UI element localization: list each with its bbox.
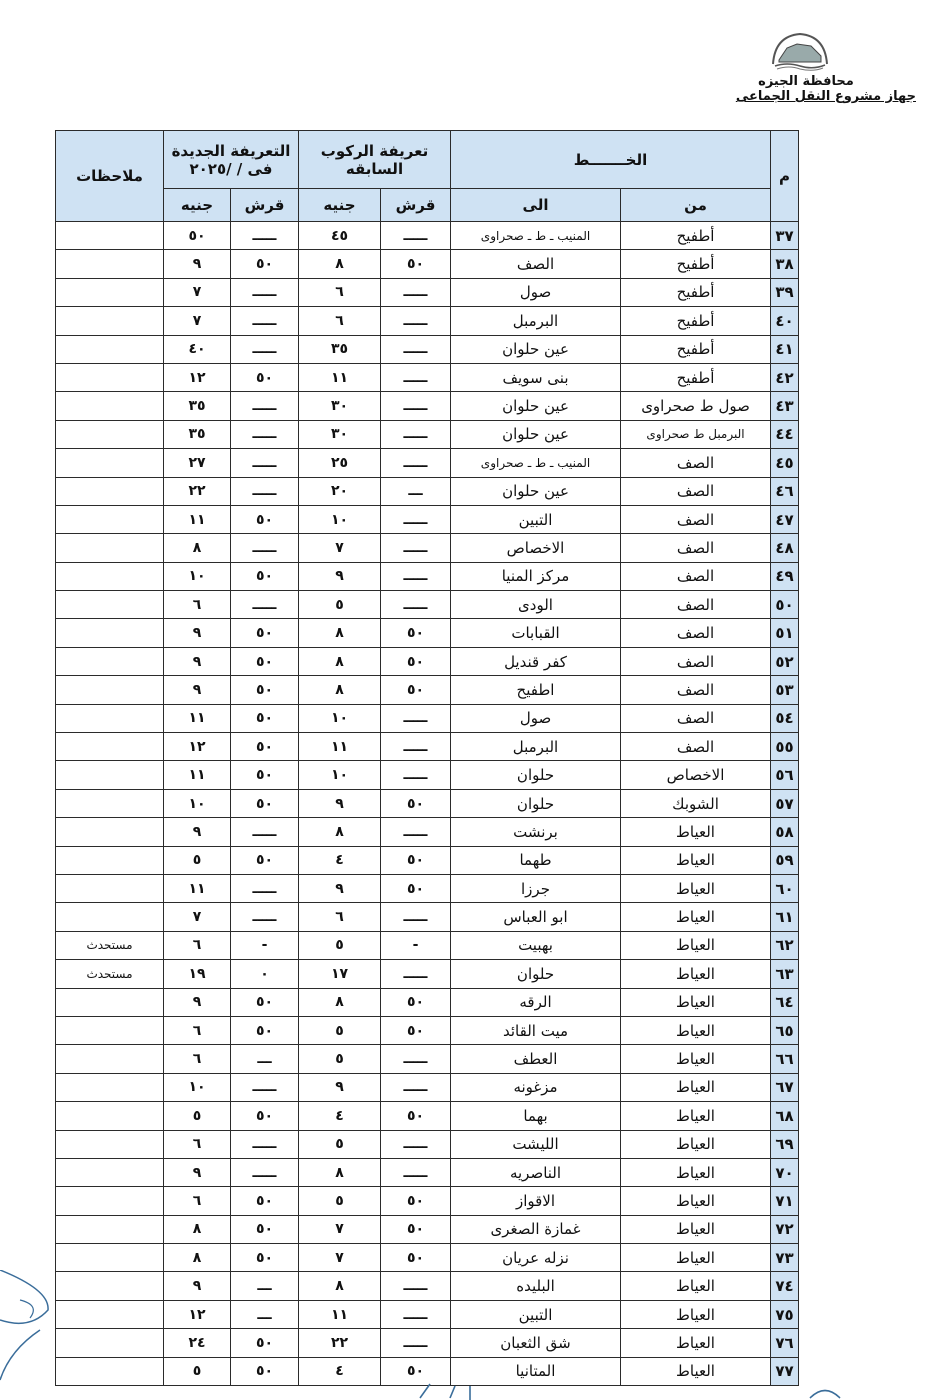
row-number: ٦٤	[771, 988, 799, 1016]
row-number: ٥١	[771, 619, 799, 647]
new-fare-pound: ٩	[164, 619, 231, 647]
old-fare-pound: ٩	[299, 874, 381, 902]
old-fare-pound: ٣٠	[299, 392, 381, 420]
to-station: الاخصاص	[451, 534, 621, 562]
row-number: ٤٤	[771, 420, 799, 448]
old-fare-pound: ١٧	[299, 960, 381, 988]
old-fare-piaster: -	[381, 931, 451, 959]
old-fare-pound: ١٠	[299, 761, 381, 789]
to-station: غمازة الصغرى	[451, 1215, 621, 1243]
old-fare-pound: ١١	[299, 1300, 381, 1328]
row-number: ٦٧	[771, 1073, 799, 1101]
old-fare-pound: ٣٥	[299, 335, 381, 363]
row-number: ٦٠	[771, 874, 799, 902]
new-fare-pound: ٧	[164, 307, 231, 335]
from-station: الاخصاص	[621, 761, 771, 789]
table-row: ٥٩العياططهما٥٠٤٥٠٥	[56, 846, 799, 874]
to-station: التبين	[451, 505, 621, 533]
row-number: ٥٤	[771, 704, 799, 732]
row-number: ٦٢	[771, 931, 799, 959]
old-fare-pound: ٨	[299, 250, 381, 278]
row-number: ٤٠	[771, 307, 799, 335]
to-station: بهما	[451, 1102, 621, 1130]
to-station: الليشت	[451, 1130, 621, 1158]
new-fare-piaster: ـــ	[231, 1300, 299, 1328]
from-station: أطفيح	[621, 363, 771, 391]
from-station: العياط	[621, 960, 771, 988]
table-row: ٧٠العياطالناصريهـــــ٨ـــــ٩	[56, 1158, 799, 1186]
row-note	[56, 1272, 164, 1300]
handwritten-signature	[0, 1270, 60, 1400]
table-row: ٤٨الصفالاخصاصـــــ٧ـــــ٨	[56, 534, 799, 562]
new-fare-pound: ١٠	[164, 562, 231, 590]
old-fare-pound: ٨	[299, 619, 381, 647]
to-station: الصف	[451, 250, 621, 278]
new-fare-pound: ١١	[164, 505, 231, 533]
row-number: ٦٩	[771, 1130, 799, 1158]
row-number: ٥٥	[771, 733, 799, 761]
old-fare-piaster: ـــــ	[381, 591, 451, 619]
row-note	[56, 1045, 164, 1073]
new-fare-piaster: ـــــ	[231, 1073, 299, 1101]
to-station: حلوان	[451, 789, 621, 817]
old-fare-piaster: ـــــ	[381, 1300, 451, 1328]
old-fare-piaster: ـــــ	[381, 392, 451, 420]
new-fare-pound: ٤٠	[164, 335, 231, 363]
row-number: ٥٦	[771, 761, 799, 789]
old-fare-piaster: ٥٠	[381, 619, 451, 647]
new-fare-pound: ٢٢	[164, 477, 231, 505]
to-station: البليده	[451, 1272, 621, 1300]
new-fare-pound: ١٠	[164, 1073, 231, 1101]
old-fare-pound: ٥	[299, 1187, 381, 1215]
row-note	[56, 818, 164, 846]
col-header-notes: ملاحظات	[56, 131, 164, 222]
new-fare-pound: ٩	[164, 988, 231, 1016]
to-station: اطفيح	[451, 676, 621, 704]
new-fare-pound: ٩	[164, 676, 231, 704]
new-fare-piaster: ٥٠	[231, 619, 299, 647]
from-station: العياط	[621, 1215, 771, 1243]
table-row: ٤٢أطفيحبنى سويفـــــ١١٥٠١٢	[56, 363, 799, 391]
to-station: القبابات	[451, 619, 621, 647]
to-station: صول	[451, 278, 621, 306]
from-station: العياط	[621, 988, 771, 1016]
row-number: ٥٨	[771, 818, 799, 846]
new-fare-piaster: ٥٠	[231, 761, 299, 789]
row-number: ٦١	[771, 903, 799, 931]
new-fare-pound: ١٢	[164, 733, 231, 761]
from-station: العياط	[621, 1329, 771, 1357]
row-note	[56, 676, 164, 704]
table-row: ٥١الصفالقبابات٥٠٨٥٠٩	[56, 619, 799, 647]
row-number: ٣٩	[771, 278, 799, 306]
new-fare-piaster: ٥٠	[231, 1102, 299, 1130]
new-fare-piaster: ـــــ	[231, 1130, 299, 1158]
row-note	[56, 534, 164, 562]
table-row: ٥٥الصفالبرمبلـــــ١١٥٠١٢	[56, 733, 799, 761]
new-fare-pound: ٩	[164, 818, 231, 846]
table-row: ٥٦الاخصاصحلوانـــــ١٠٥٠١١	[56, 761, 799, 789]
new-fare-piaster: ـــــ	[231, 335, 299, 363]
old-fare-pound: ٤	[299, 1102, 381, 1130]
row-note	[56, 335, 164, 363]
new-fare-pound: ٧	[164, 903, 231, 931]
from-station: العياط	[621, 1244, 771, 1272]
old-fare-piaster: ٥٠	[381, 988, 451, 1016]
from-station: الصف	[621, 704, 771, 732]
new-fare-piaster: ـــــ	[231, 818, 299, 846]
from-station: الصف	[621, 505, 771, 533]
table-row: ٧٢العياطغمازة الصغرى٥٠٧٥٠٨	[56, 1215, 799, 1243]
new-fare-piaster: ٠	[231, 960, 299, 988]
old-fare-pound: ٦	[299, 278, 381, 306]
row-note	[56, 1215, 164, 1243]
old-fare-piaster: ـــــ	[381, 1158, 451, 1186]
row-note	[56, 874, 164, 902]
row-note	[56, 562, 164, 590]
row-number: ٣٨	[771, 250, 799, 278]
new-fare-piaster: ـــــ	[231, 534, 299, 562]
old-fare-piaster: ـــــ	[381, 420, 451, 448]
new-fare-piaster: ٥٠	[231, 562, 299, 590]
table-row: ٦٣العياطحلوانـــــ١٧٠١٩مستحدث	[56, 960, 799, 988]
old-fare-piaster: ٥٠	[381, 1244, 451, 1272]
table-row: ٤٤البرمبل ط صحراوىعين حلوانـــــ٣٠ـــــ٣…	[56, 420, 799, 448]
from-station: الصف	[621, 619, 771, 647]
col-header-new-pound: جنيه	[164, 189, 231, 222]
new-fare-piaster: ٥٠	[231, 988, 299, 1016]
new-fare-pound: ٥٠	[164, 222, 231, 250]
from-station: العياط	[621, 1300, 771, 1328]
new-fare-piaster: ٥٠	[231, 1016, 299, 1044]
row-number: ٧٠	[771, 1158, 799, 1186]
to-station: المنيب ـ ط ـ صحراوى	[451, 222, 621, 250]
old-fare-pound: ٨	[299, 988, 381, 1016]
table-row: ٤٣صول ط صحراوىعين حلوانـــــ٣٠ـــــ٣٥	[56, 392, 799, 420]
row-number: ٤٩	[771, 562, 799, 590]
row-note	[56, 1300, 164, 1328]
old-fare-piaster: ـــــ	[381, 534, 451, 562]
table-row: ٦٠العياطجرزا٥٠٩ـــــ١١	[56, 874, 799, 902]
table-row: ٤٠أطفيحالبرمبلـــــ٦ـــــ٧	[56, 307, 799, 335]
old-fare-pound: ١٠	[299, 505, 381, 533]
old-fare-pound: ٨	[299, 818, 381, 846]
old-fare-pound: ٥	[299, 591, 381, 619]
from-station: الصف	[621, 477, 771, 505]
to-station: عين حلوان	[451, 477, 621, 505]
old-fare-piaster: ـــــ	[381, 1045, 451, 1073]
new-fare-piaster: ٥٠	[231, 505, 299, 533]
old-fare-pound: ١١	[299, 733, 381, 761]
new-fare-pound: ٥	[164, 1102, 231, 1130]
old-fare-piaster: ـــــ	[381, 222, 451, 250]
new-fare-pound: ٣٥	[164, 392, 231, 420]
new-fare-piaster: ٥٠	[231, 846, 299, 874]
old-fare-piaster: ـــــ	[381, 704, 451, 732]
row-number: ٥٩	[771, 846, 799, 874]
old-fare-piaster: ـــــ	[381, 960, 451, 988]
new-fare-pound: ٨	[164, 534, 231, 562]
new-fare-piaster: ٥٠	[231, 1215, 299, 1243]
row-number: ٤٧	[771, 505, 799, 533]
to-station: الاقواز	[451, 1187, 621, 1215]
to-station: حلوان	[451, 761, 621, 789]
from-station: الصف	[621, 676, 771, 704]
to-station: عين حلوان	[451, 392, 621, 420]
old-fare-pound: ٧	[299, 1244, 381, 1272]
row-note	[56, 789, 164, 817]
new-fare-pound: ٥	[164, 846, 231, 874]
row-number: ٤٨	[771, 534, 799, 562]
row-number: ٧٤	[771, 1272, 799, 1300]
old-fare-piaster: ـــــ	[381, 335, 451, 363]
col-header-number: م	[771, 131, 799, 222]
from-station: صول ط صحراوى	[621, 392, 771, 420]
row-note	[56, 1073, 164, 1101]
old-fare-piaster: ـــــ	[381, 363, 451, 391]
to-station: عين حلوان	[451, 335, 621, 363]
to-station: مزغونه	[451, 1073, 621, 1101]
old-fare-piaster: ـــــ	[381, 505, 451, 533]
new-fare-pound: ٩	[164, 1158, 231, 1186]
old-fare-pound: ٩	[299, 1073, 381, 1101]
to-station: حلوان	[451, 960, 621, 988]
new-fare-pound: ١١	[164, 874, 231, 902]
col-header-old-pound: جنيه	[299, 189, 381, 222]
old-fare-piaster: ٥٠	[381, 1016, 451, 1044]
old-fare-pound: ٩	[299, 562, 381, 590]
from-station: أطفيح	[621, 222, 771, 250]
old-fare-pound: ٥	[299, 1016, 381, 1044]
new-fare-pound: ٦	[164, 1016, 231, 1044]
row-note	[56, 619, 164, 647]
from-station: العياط	[621, 1016, 771, 1044]
to-station: ميت القائد	[451, 1016, 621, 1044]
new-fare-pound: ٩	[164, 647, 231, 675]
from-station: البرمبل ط صحراوى	[621, 420, 771, 448]
row-number: ٤٣	[771, 392, 799, 420]
new-fare-piaster: ـــــ	[231, 420, 299, 448]
from-station: العياط	[621, 1187, 771, 1215]
table-row: ٦٥العياطميت القائد٥٠٥٥٠٦	[56, 1016, 799, 1044]
old-fare-piaster: ـــــ	[381, 1329, 451, 1357]
row-note	[56, 1102, 164, 1130]
to-station: ابو العباس	[451, 903, 621, 931]
new-fare-piaster: ٥٠	[231, 250, 299, 278]
old-fare-piaster: ـــــ	[381, 761, 451, 789]
table-row: ٧٦العياطشق الثعبانـــــ٢٢٥٠٢٤	[56, 1329, 799, 1357]
to-station: نزله عريان	[451, 1244, 621, 1272]
row-number: ٦٦	[771, 1045, 799, 1073]
row-note	[56, 1244, 164, 1272]
row-number: ٧٦	[771, 1329, 799, 1357]
new-fare-piaster: ـــــ	[231, 1158, 299, 1186]
from-station: العياط	[621, 931, 771, 959]
old-fare-piaster: ـــــ	[381, 307, 451, 335]
handwritten-annotation	[120, 1378, 938, 1400]
table-row: ٦٢العياطبهبيت-٥-٦مستحدث	[56, 931, 799, 959]
old-fare-pound: ٢٢	[299, 1329, 381, 1357]
old-fare-pound: ٨	[299, 676, 381, 704]
from-station: أطفيح	[621, 335, 771, 363]
old-fare-pound: ٥	[299, 931, 381, 959]
col-header-old-fare: تعريفة الركوب السابقه	[299, 131, 451, 189]
new-fare-pound: ٣٥	[164, 420, 231, 448]
new-fare-piaster: ـــــ	[231, 477, 299, 505]
old-fare-pound: ٦	[299, 903, 381, 931]
row-note	[56, 505, 164, 533]
from-station: العياط	[621, 1158, 771, 1186]
table-row: ٦٩العياطالليشتـــــ٥ـــــ٦	[56, 1130, 799, 1158]
old-fare-piaster: ـــ	[381, 477, 451, 505]
from-station: العياط	[621, 1073, 771, 1101]
row-note	[56, 846, 164, 874]
old-fare-pound: ٨	[299, 1158, 381, 1186]
old-fare-piaster: ـــــ	[381, 1073, 451, 1101]
new-fare-date: فى / /٢٠٢٥	[164, 160, 298, 178]
from-station: الصف	[621, 591, 771, 619]
to-station: الودى	[451, 591, 621, 619]
row-number: ٧١	[771, 1187, 799, 1215]
new-fare-pound: ٦	[164, 591, 231, 619]
old-fare-piaster: ٥٠	[381, 1102, 451, 1130]
governorate-name: محافظة الجيزه	[716, 74, 896, 89]
new-fare-piaster: ٥٠	[231, 733, 299, 761]
new-fare-pound: ٧	[164, 278, 231, 306]
to-station: التبين	[451, 1300, 621, 1328]
old-fare-pound: ٤	[299, 846, 381, 874]
to-station: برنشت	[451, 818, 621, 846]
old-fare-pound: ١٠	[299, 704, 381, 732]
old-fare-pound: ٧	[299, 534, 381, 562]
to-station: الرقه	[451, 988, 621, 1016]
new-fare-pound: ٦	[164, 1045, 231, 1073]
new-fare-piaster: ـــ	[231, 1045, 299, 1073]
new-fare-piaster: ـــــ	[231, 278, 299, 306]
old-fare-piaster: ٥٠	[381, 647, 451, 675]
table-row: ٥٤الصفصولـــــ١٠٥٠١١	[56, 704, 799, 732]
from-station: أطفيح	[621, 278, 771, 306]
to-station: صول	[451, 704, 621, 732]
row-number: ٥٧	[771, 789, 799, 817]
old-fare-pound: ٤٥	[299, 222, 381, 250]
row-number: ٧٢	[771, 1215, 799, 1243]
new-fare-pound: ١١	[164, 704, 231, 732]
old-fare-pound: ٥	[299, 1130, 381, 1158]
row-note	[56, 591, 164, 619]
to-station: عين حلوان	[451, 420, 621, 448]
table-row: ٦٤العياطالرقه٥٠٨٥٠٩	[56, 988, 799, 1016]
from-station: الصف	[621, 733, 771, 761]
table-row: ٦٦العياطالعطفـــــ٥ـــ٦	[56, 1045, 799, 1073]
from-station: الصف	[621, 562, 771, 590]
row-number: ٣٧	[771, 222, 799, 250]
table-row: ٤٧الصفالتبينـــــ١٠٥٠١١	[56, 505, 799, 533]
to-station: المنيب ـ ط ـ صحراوى	[451, 449, 621, 477]
from-station: الصف	[621, 449, 771, 477]
old-fare-pound: ٣٠	[299, 420, 381, 448]
row-number: ٦٨	[771, 1102, 799, 1130]
row-note	[56, 222, 164, 250]
to-station: طهما	[451, 846, 621, 874]
old-fare-piaster: ٥٠	[381, 789, 451, 817]
new-fare-pound: ٦	[164, 931, 231, 959]
row-number: ٥٣	[771, 676, 799, 704]
old-fare-pound: ٧	[299, 1215, 381, 1243]
col-header-to: الى	[451, 189, 621, 222]
row-note	[56, 988, 164, 1016]
row-number: ٤١	[771, 335, 799, 363]
to-station: كفر قنديل	[451, 647, 621, 675]
new-fare-pound: ٩	[164, 250, 231, 278]
table-row: ٤١أطفيحعين حلوانـــــ٣٥ـــــ٤٠	[56, 335, 799, 363]
row-note: مستحدث	[56, 931, 164, 959]
new-fare-piaster: ـــــ	[231, 903, 299, 931]
row-number: ٦٣	[771, 960, 799, 988]
new-fare-pound: ٨	[164, 1244, 231, 1272]
row-note	[56, 1187, 164, 1215]
from-station: الصف	[621, 647, 771, 675]
row-note	[56, 420, 164, 448]
old-fare-pound: ٥	[299, 1045, 381, 1073]
new-fare-piaster: -	[231, 931, 299, 959]
new-fare-piaster: ٥٠	[231, 1187, 299, 1215]
table-row: ٦١العياطابو العباســـــ٦ـــــ٧	[56, 903, 799, 931]
new-fare-piaster: ٥٠	[231, 363, 299, 391]
row-number: ٤٢	[771, 363, 799, 391]
old-fare-piaster: ـــــ	[381, 1130, 451, 1158]
table-row: ٤٦الصفعين حلوانـــ٢٠ـــــ٢٢	[56, 477, 799, 505]
old-fare-piaster: ٥٠	[381, 846, 451, 874]
row-note	[56, 363, 164, 391]
old-fare-pound: ٨	[299, 1272, 381, 1300]
from-station: العياط	[621, 846, 771, 874]
table-row: ٧٣العياطنزله عريان٥٠٧٥٠٨	[56, 1244, 799, 1272]
new-fare-piaster: ـــــ	[231, 591, 299, 619]
table-row: ٧٥العياطالتبينـــــ١١ـــ١٢	[56, 1300, 799, 1328]
row-number: ٧٣	[771, 1244, 799, 1272]
table-row: ٣٧أطفيحالمنيب ـ ط ـ صحراوىـــــ٤٥ـــــ٥٠	[56, 222, 799, 250]
to-station: جرزا	[451, 874, 621, 902]
row-note	[56, 704, 164, 732]
from-station: العياط	[621, 903, 771, 931]
to-station: بنى سويف	[451, 363, 621, 391]
table-row: ٧١العياطالاقواز٥٠٥٥٠٦	[56, 1187, 799, 1215]
old-fare-pound: ٢٥	[299, 449, 381, 477]
row-number: ٥٢	[771, 647, 799, 675]
fare-table: م الخـــــــط تعريفة الركوب السابقه التع…	[55, 130, 799, 1386]
from-station: أطفيح	[621, 250, 771, 278]
new-fare-piaster: ٥٠	[231, 1329, 299, 1357]
from-station: العياط	[621, 1045, 771, 1073]
agency-name: جهاز مشروع النقل الجماعى	[736, 89, 916, 104]
new-fare-piaster: ٥٠	[231, 704, 299, 732]
row-number: ٧٥	[771, 1300, 799, 1328]
table-row: ٥٧الشوبكحلوان٥٠٩٥٠١٠	[56, 789, 799, 817]
row-number: ٤٦	[771, 477, 799, 505]
row-note	[56, 307, 164, 335]
row-note	[56, 1130, 164, 1158]
row-number: ٦٥	[771, 1016, 799, 1044]
old-fare-piaster: ٥٠	[381, 1215, 451, 1243]
new-fare-piaster: ـــــ	[231, 449, 299, 477]
col-header-old-piaster: قرش	[381, 189, 451, 222]
old-fare-piaster: ٥٠	[381, 676, 451, 704]
new-fare-pound: ٦	[164, 1130, 231, 1158]
row-note	[56, 761, 164, 789]
letterhead: محافظة الجيزه جهاز مشروع النقل الجماعى	[736, 30, 916, 104]
